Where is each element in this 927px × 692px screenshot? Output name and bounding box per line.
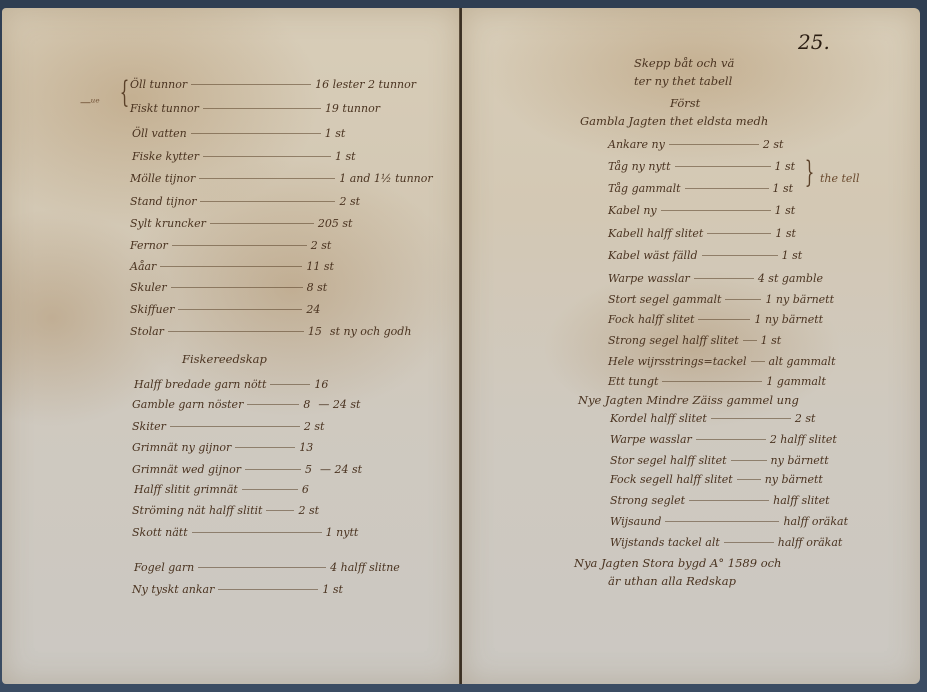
list-item: Stand tijnor2 st <box>130 195 360 208</box>
list-item: Grimnät wed gijnor5— 24 st <box>132 463 362 476</box>
list-item: Strong segel halff slitet1 st <box>608 334 781 347</box>
list-item: Hele wijrsstrings=tackelalt gammalt <box>608 355 836 368</box>
list-item: Grimnät ny gijnor13 <box>132 441 313 454</box>
list-item: Skiter2 st <box>132 420 324 433</box>
list-item: Aåar11 st <box>130 260 334 273</box>
list-item: Sylt kruncker205 st <box>130 217 352 230</box>
list-item: Fernor2 st <box>130 239 331 252</box>
list-item: Ny tyskt ankar1 st <box>132 583 343 596</box>
list-item: Stolar15st ny och godh <box>130 325 411 338</box>
list-item: Stort segel gammalt1 ny bärnett <box>608 293 834 306</box>
list-item: Skiffuer24 <box>130 303 320 316</box>
list-item: Kabel wäst fälld1 st <box>608 249 802 262</box>
list-item: Kordel halff slitet2 st <box>610 412 815 425</box>
right-manuscript-page: 25. Skepp båt och vä ter ny thet tabell … <box>462 8 920 684</box>
brace: { <box>120 78 130 108</box>
section-heading: Fiskereedskap <box>182 352 267 366</box>
list-item: Gamble garn nöster8— 24 st <box>132 398 360 411</box>
list-item: Warpe wasslar2 halff slitet <box>610 433 837 446</box>
group-title: Nya Jagten Stora bygd A° 1589 och <box>574 556 781 570</box>
list-item: Wijsaundhalff oräkat <box>610 515 848 528</box>
heading-first: Först <box>670 96 700 110</box>
margin-mark: —ᵘᵉ <box>80 96 100 109</box>
list-item: Wijstands tackel althalff oräkat <box>610 536 842 549</box>
list-item: Halff bredade garn nött16 <box>134 378 328 391</box>
list-item: Fock halff slitet1 ny bärnett <box>608 313 823 326</box>
list-item: Fock segell halff slitetny bärnett <box>610 473 823 486</box>
list-item: Kabell halff slitet1 st <box>608 227 796 240</box>
group-title: Nye Jagten Mindre Zäiss gammel ung <box>578 393 799 407</box>
list-item: Mölle tijnor1 and 1½ tunnor <box>130 172 433 185</box>
list-item: Ett tungt1 gammalt <box>608 375 826 388</box>
list-item: Öll tunnor16 lester 2 tunnor <box>130 78 416 91</box>
list-item: Skott nätt1 nytt <box>132 526 358 539</box>
group-title: Gambla Jagten thet eldsta medh <box>580 114 768 128</box>
list-item: Fiskt tunnor19 tunnor <box>130 102 380 115</box>
group-note: är uthan alla Redskap <box>608 574 736 588</box>
left-manuscript-page: —ᵘᵉ { Öll tunnor16 lester 2 tunnor Fiskt… <box>2 8 460 684</box>
list-item: Ankare ny2 st <box>608 138 783 151</box>
title-line-2: ter ny thet tabell <box>634 74 732 88</box>
list-item: Fogel garn4 halff slitne <box>134 561 400 574</box>
brace: } <box>805 158 815 188</box>
list-item: Tåg gammalt1 st <box>608 182 793 195</box>
title-line-1: Skepp båt och vä <box>634 56 734 70</box>
list-item: Kabel ny1 st <box>608 204 795 217</box>
list-item: Halff slitit grimnät6 <box>134 483 309 496</box>
list-item: Tåg ny nytt1 st <box>608 160 795 173</box>
list-item: Fiske kytter1 st <box>132 150 356 163</box>
list-item: Ströming nät halff slitit2 st <box>132 504 319 517</box>
list-item: Skuler8 st <box>130 281 327 294</box>
list-item: Warpe wasslar4 st gamble <box>608 272 823 285</box>
page-number: 25. <box>798 30 830 54</box>
list-item: Strong seglethalff slitet <box>610 494 830 507</box>
margin-note: the tell <box>820 172 859 185</box>
list-item: Öll vatten1 st <box>132 127 345 140</box>
list-item: Stor segel halff slitetny bärnett <box>610 454 829 467</box>
